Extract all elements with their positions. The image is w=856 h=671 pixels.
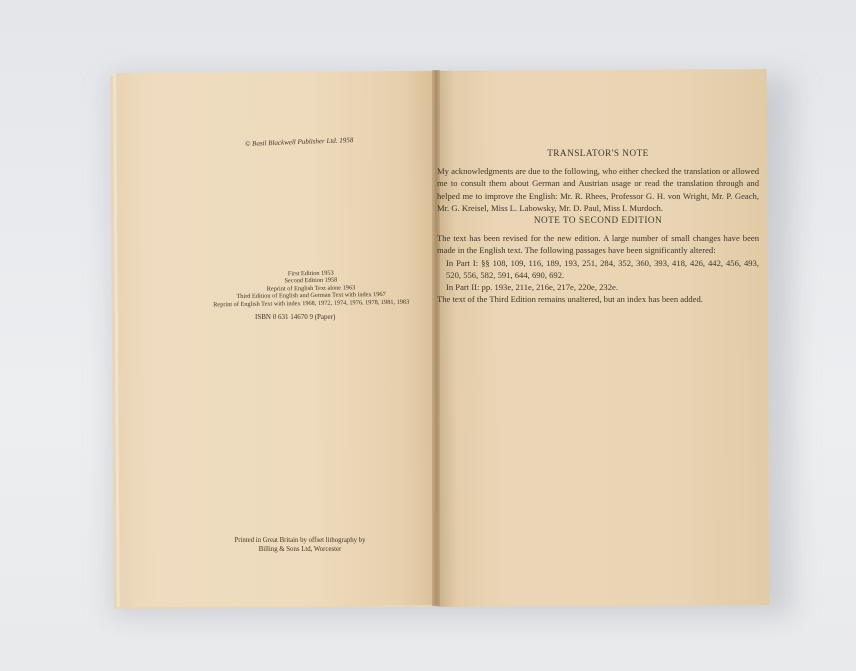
second-edition-part2: In Part II: pp. 193e, 211e, 216e, 217e, … — [437, 281, 759, 293]
second-edition-heading: NOTE TO SECOND EDITION — [437, 214, 759, 226]
second-edition-part1: In Part I: §§ 108, 109, 116, 189, 193, 2… — [437, 257, 759, 281]
second-edition-body: The text has been revised for the new ed… — [437, 232, 759, 256]
isbn: ISBN 0 631 14670 9 (Paper) — [255, 313, 335, 321]
translators-note-heading: TRANSLATOR'S NOTE — [437, 147, 759, 159]
printer-info: Printed in Great Britain by offset litho… — [200, 536, 400, 554]
third-edition-note: The text of the Third Edition remains un… — [437, 293, 759, 305]
printer-line: Billing & Sons Ltd, Worcester — [200, 545, 400, 554]
right-page-content: TRANSLATOR'S NOTE My acknowledgments are… — [437, 147, 759, 305]
left-page — [116, 71, 438, 607]
printer-line: Printed in Great Britain by offset litho… — [200, 536, 400, 545]
edition-history: First Edition 1953 Second Edition 1958 R… — [180, 268, 442, 309]
translators-note-body: My acknowledgments are due to the follow… — [437, 165, 759, 214]
